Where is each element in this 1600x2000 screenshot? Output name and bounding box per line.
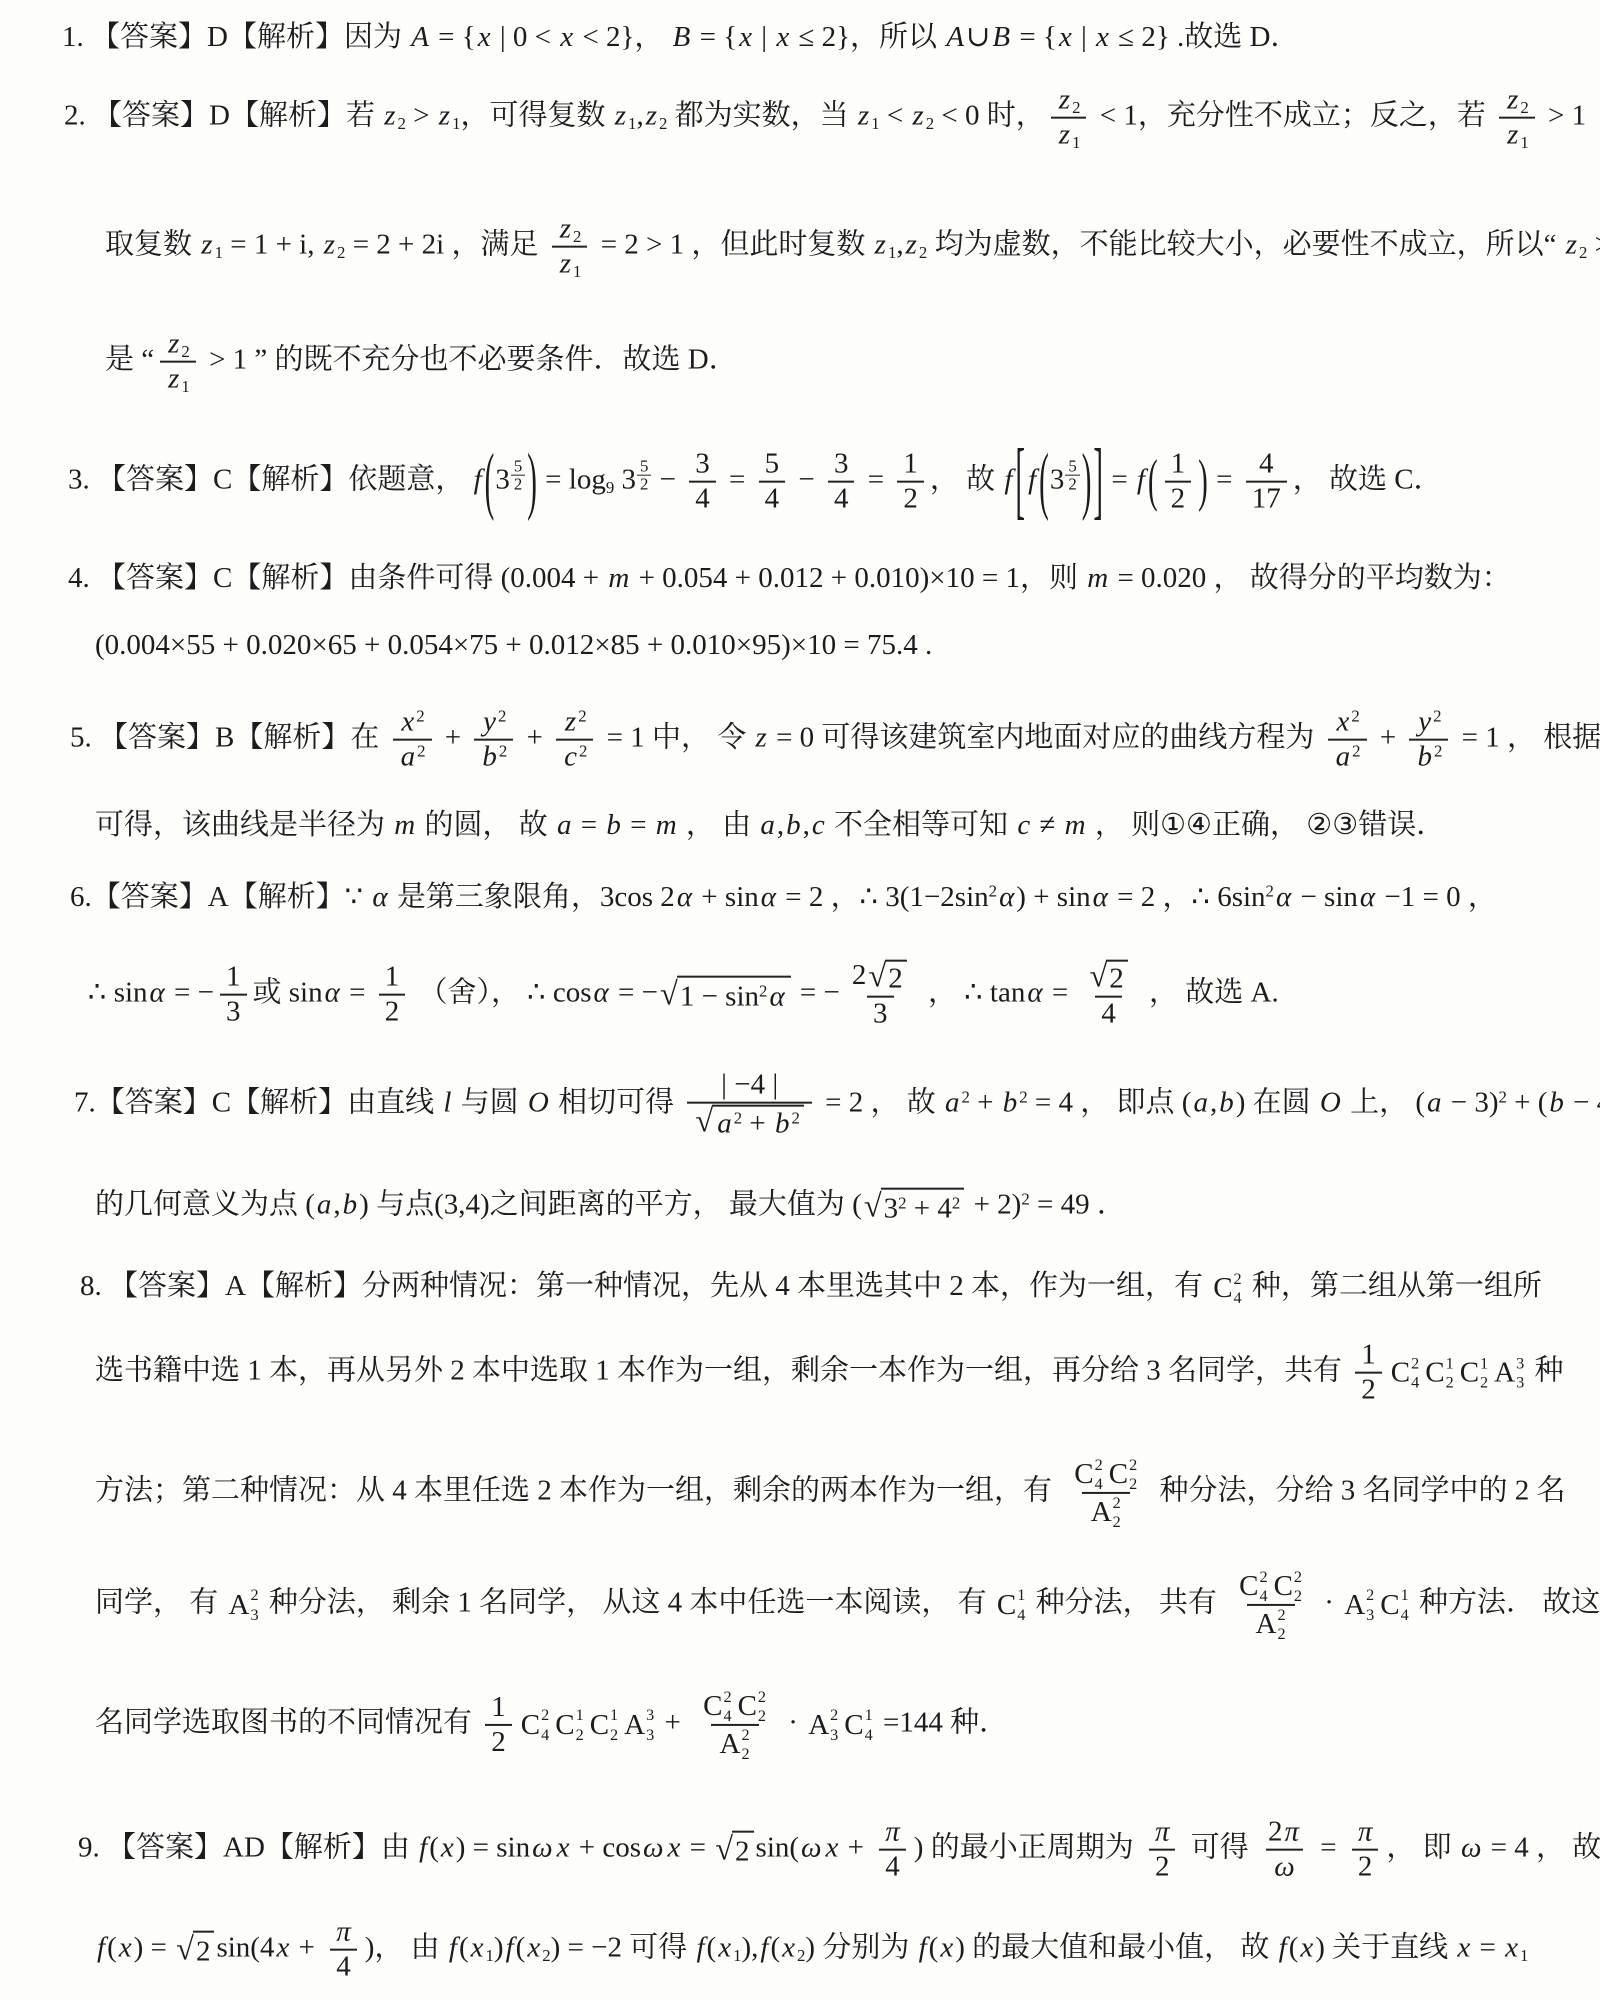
text-run: 4: [885, 1851, 900, 1883]
script-base: C: [738, 1690, 757, 1723]
answer-item-5-line-1: 5. 【答案】B【解析】在 x2a2 + y2b2 + z2c2 = 1 中， …: [70, 706, 1600, 775]
subscript: 2: [398, 114, 406, 133]
answer-item-9-line-1: 9. 【答案】AD【解析】由 f(x) = sinωx + cosωx = √2…: [78, 1816, 1600, 1885]
stacked-script: C14: [844, 1707, 872, 1743]
script-base: A: [1494, 1355, 1515, 1391]
script-base: C: [1460, 1355, 1479, 1391]
text-run: 2: [926, 114, 934, 133]
answer-item-9-line-2: f(x) = √2sin(4x + π4)， 由 f(x1)f(x2) = −2…: [95, 1916, 1528, 1985]
subscript: 1: [1520, 1946, 1528, 1965]
text-run: =: [1209, 464, 1240, 496]
math-variable: z: [322, 229, 337, 261]
denominator: z1: [1051, 117, 1087, 152]
script-base: C: [703, 1690, 722, 1723]
text-run: |: [754, 21, 774, 53]
text-run: ，可得复数: [460, 100, 612, 132]
math-variable: f: [504, 1932, 516, 1964]
text-run: 种分法， 剩余 1 名同学， 从这 4 本中任选一本阅读， 有: [262, 1587, 994, 1619]
text-run: 2: [498, 706, 506, 725]
script-sup: 2: [1366, 1587, 1374, 1603]
script-column: 23: [250, 1587, 258, 1622]
math-variable: a: [399, 741, 418, 773]
math-variable: z: [873, 229, 888, 261]
stacked-script: C24: [1074, 1457, 1102, 1492]
script-base: A: [808, 1707, 829, 1743]
numerator: 1: [1165, 448, 1192, 481]
script-sub: 4: [1411, 1375, 1419, 1391]
script-sub: 2: [1129, 1476, 1137, 1492]
text-run: |: [1074, 21, 1094, 53]
script-sub: 3: [830, 1727, 838, 1743]
math-variable: O: [1318, 1087, 1343, 1119]
text-run: 2: [1268, 1816, 1283, 1848]
text-run: ， ∴ tan: [921, 977, 1026, 1009]
stacked-script: C14: [997, 1587, 1025, 1623]
big-delimiter: (: [484, 435, 496, 529]
script-sup: 2: [830, 1707, 838, 1723]
subscript: 2: [573, 227, 581, 246]
math-variable: O: [526, 1087, 551, 1119]
math-variable: z: [558, 213, 573, 245]
math-variable: z: [904, 229, 919, 261]
numerator: 2√2: [846, 959, 915, 996]
text-run: (: [770, 1932, 780, 1964]
math-variable: f: [758, 1932, 770, 1964]
script-base: A: [229, 1587, 250, 1623]
text-run: 2: [181, 342, 189, 361]
document-page: 1. 【答案】D【解析】因为 A = {x | 0 < x < 2}， B = …: [0, 0, 1600, 2000]
text-run: ， 即: [1386, 1832, 1459, 1864]
stacked-script: C22: [1109, 1457, 1137, 1492]
numerator: π: [1147, 1816, 1178, 1849]
numerator: 1: [220, 961, 247, 994]
math-variable: x: [716, 1932, 733, 1964]
math-variable: f: [694, 1932, 706, 1964]
script-sub: 2: [1480, 1375, 1488, 1391]
answer-item-8-line-2: 选书籍中选 1 本，再从另外 2 本中选取 1 本作为一组，剩余一本作为一组，再…: [95, 1339, 1564, 1408]
text-run: sin(4: [216, 1932, 274, 1964]
radicand: 2: [732, 1830, 754, 1869]
text-run: 2: [514, 475, 522, 494]
script-base: C: [1074, 1458, 1093, 1491]
script-sup: 2: [1095, 1457, 1103, 1473]
script-base: C: [1213, 1270, 1232, 1306]
fraction: 13: [220, 961, 247, 1030]
text-run: sin(: [756, 1832, 800, 1864]
math-variable: x: [938, 1932, 955, 1964]
numerator: 5: [759, 448, 786, 481]
text-run: > 1 ” 的既不充分也不必要条件．故选 D．: [202, 344, 738, 376]
denominator: a2: [1328, 739, 1367, 774]
text-run: =: [1472, 1932, 1503, 1964]
radicand: 32 + 42: [881, 1187, 965, 1226]
fraction: x2a2: [1328, 706, 1367, 775]
script-sup: 2: [1113, 1495, 1121, 1511]
text-run: 1: [1520, 133, 1528, 152]
denominator: b2: [1409, 739, 1448, 774]
text-run: 1: [1520, 1946, 1528, 1965]
denominator: 2: [1149, 1849, 1176, 1884]
superscript: 2: [952, 1193, 960, 1212]
text-run: 种方法． 故这三: [1412, 1587, 1600, 1619]
math-variable: z: [910, 100, 925, 132]
superscript: 2: [898, 1193, 906, 1212]
denominator: √a2 + b2: [687, 1102, 812, 1141]
text-run: 是第三象限角，3cos 2: [390, 881, 675, 913]
text-run: −1 = 0 ，: [1377, 881, 1497, 913]
script-base: C: [521, 1707, 540, 1743]
text-run: （舍）， ∴ cos: [411, 977, 591, 1009]
big-delimiter: (: [1147, 446, 1159, 519]
stacked-script: C24: [1213, 1270, 1241, 1306]
text-run: 2: [962, 1087, 970, 1106]
script-sub: 2: [576, 1727, 584, 1743]
text-run: 的圆， 故: [417, 809, 555, 841]
text-run: =: [1313, 1832, 1344, 1864]
text-run: + 4: [907, 1192, 952, 1224]
math-variable: z: [856, 100, 871, 132]
numerator: C24C22: [1230, 1568, 1311, 1604]
text-run: 1: [573, 262, 581, 281]
script-sub: 4: [1259, 1588, 1267, 1604]
math-variable: ω: [641, 1832, 665, 1864]
text-run: ， 故选 A.: [1142, 977, 1279, 1009]
text-run: 2: [1434, 742, 1442, 761]
script-base: C: [1239, 1570, 1258, 1603]
numerator: π: [328, 1916, 359, 1949]
text-run: 是 “: [105, 344, 154, 376]
text-run: 1: [903, 448, 918, 480]
text-run: 4. 【答案】C【解析】由条件可得 (0.004 +: [68, 562, 606, 594]
fraction: y2b2: [1409, 706, 1448, 775]
text-run: 2: [491, 1726, 506, 1758]
text-run: 与圆: [453, 1087, 526, 1119]
answer-item-6-line-1: 6.【答案】A【解析】∵ α 是第三象限角，3cos 2α + sinα = 2…: [70, 879, 1497, 915]
big-delimiter: [: [1014, 428, 1026, 537]
text-run: = 4 ， 即点 (: [1028, 1087, 1192, 1119]
denominator: A22: [1247, 1604, 1295, 1642]
text-run: 都为实数，当: [667, 100, 856, 132]
math-variable: α: [767, 980, 786, 1012]
text-run: ·: [781, 1707, 805, 1739]
numerator: 1: [897, 448, 924, 481]
text-run: (: [459, 1932, 469, 1964]
math-variable: α: [323, 977, 342, 1009]
stacked-script: C24: [703, 1689, 731, 1724]
answer-item-8-line-1: 8. 【答案】A【解析】分两种情况：第一种情况，先从 4 本里选其中 2 本，作…: [80, 1268, 1542, 1306]
math-variable: x: [525, 1932, 542, 1964]
text-run: = 0 可得该建筑室内地面对应的曲线方程为: [769, 722, 1322, 754]
math-variable: m: [606, 562, 631, 594]
subscript: 2: [1520, 98, 1528, 117]
script-sub: 2: [758, 1708, 766, 1724]
math-variable: f: [1002, 464, 1014, 496]
denominator: 3: [220, 994, 247, 1029]
text-run: =144 种．: [876, 1707, 1008, 1739]
fraction: C24C22A22: [1065, 1456, 1146, 1530]
math-variable: z: [166, 363, 181, 395]
text-run: 2: [1433, 706, 1441, 725]
text-run: ,: [803, 809, 810, 841]
text-run: 1. 【答案】D【解析】因为: [62, 21, 409, 53]
script-column: 12: [576, 1707, 584, 1742]
math-variable: x: [558, 21, 575, 53]
script-base: C: [555, 1707, 574, 1743]
text-run: ·: [1317, 1587, 1341, 1619]
math-variable: A: [409, 21, 431, 53]
text-run: 4: [1101, 998, 1116, 1030]
text-run: = 49 ．: [1030, 1189, 1126, 1221]
radical-sign: √: [868, 959, 886, 996]
text-run: 1: [1361, 1339, 1376, 1371]
text-run: (: [107, 1932, 117, 1964]
text-run: 3: [873, 998, 888, 1030]
numerator: C24C22: [694, 1688, 775, 1724]
fraction: 12: [485, 1691, 512, 1760]
math-variable: z: [558, 248, 573, 280]
text-run: − sin: [1293, 881, 1358, 913]
text-run: = 2 > 1 ，但此时复数: [593, 229, 872, 261]
superscript: 2: [498, 706, 506, 725]
text-run: 2: [952, 1193, 960, 1212]
denominator: ω: [1266, 1849, 1302, 1884]
script-base: C: [997, 1587, 1016, 1623]
script-column: 23: [1366, 1587, 1374, 1622]
stacked-script: C12: [555, 1707, 583, 1743]
math-variable: a: [758, 809, 777, 841]
text-run: 2: [640, 475, 648, 494]
fraction: 52: [637, 457, 651, 493]
text-run: < 1，充分性不成立；反之，若: [1092, 100, 1493, 132]
math-variable: b: [1415, 741, 1434, 773]
math-variable: b: [480, 741, 499, 773]
script-sup: 1: [1401, 1587, 1409, 1603]
superscript: 2: [791, 1108, 799, 1127]
script-column: 24: [1259, 1569, 1267, 1604]
math-variable: x: [780, 1932, 797, 1964]
text-run: 不全相等可知: [827, 809, 1016, 841]
fraction: z2z1: [552, 213, 588, 282]
text-run: 2: [1520, 98, 1528, 117]
text-run: −: [652, 464, 683, 496]
script-sub: 4: [541, 1727, 549, 1743]
superscript: 2: [734, 1108, 742, 1127]
answer-item-4-line-2: (0.004×55 + 0.020×65 + 0.054×75 + 0.012×…: [95, 627, 932, 663]
stacked-script: A23: [808, 1707, 838, 1743]
text-run: − 3): [1443, 1087, 1498, 1119]
denominator: c2: [556, 739, 593, 774]
denominator: 2: [511, 475, 525, 494]
text-run: 2: [734, 1108, 742, 1127]
math-variable: x: [1298, 1932, 1315, 1964]
math-variable: x: [774, 21, 791, 53]
math-variable: x: [117, 1932, 134, 1964]
script-column: 22: [758, 1689, 766, 1724]
text-run: 9: [606, 478, 614, 497]
math-variable: a: [1191, 1087, 1210, 1119]
script-sub: 3: [1366, 1607, 1374, 1623]
denominator: A22: [1082, 1492, 1130, 1530]
math-variable: a: [715, 1108, 734, 1140]
square-root: √2: [715, 1830, 753, 1871]
numerator: x2: [1328, 706, 1365, 739]
stacked-script: C22: [1274, 1569, 1302, 1604]
math-variable: α: [148, 977, 167, 1009]
fraction: | −4 |√a2 + b2: [687, 1069, 812, 1142]
denominator: 4: [330, 1949, 357, 1984]
numerator: 5: [637, 457, 651, 475]
numerator: 5: [511, 457, 525, 475]
subscript: 1: [573, 262, 581, 281]
text-run: 3: [1050, 464, 1065, 496]
numerator: z2: [160, 328, 196, 361]
text-run: + cos: [571, 1832, 641, 1864]
math-variable: z: [199, 229, 214, 261]
text-run: 2: [1358, 1851, 1373, 1883]
fraction: y2b2: [474, 706, 513, 775]
text-run: + 0.054 + 0.012 + 0.010)×10 = 1，则: [631, 562, 1085, 594]
fraction: 2√23: [846, 959, 915, 1032]
square-root: √2: [176, 1930, 214, 1971]
text-run: = 4 ， 故: [1483, 1832, 1600, 1864]
text-run: = 1 ， 根据条件: [1454, 722, 1600, 754]
denominator: 2: [485, 1724, 512, 1759]
big-delimiter: ): [526, 435, 538, 529]
math-variable: a: [1334, 741, 1353, 773]
subscript: 2: [542, 1946, 550, 1965]
text-run: ) + sin: [1016, 881, 1090, 913]
subscript: 1: [181, 377, 189, 396]
math-variable: m: [392, 809, 417, 841]
denominator: 2: [897, 481, 924, 516]
text-run: ≤ 2} .故选 D．: [1111, 21, 1300, 53]
text-run: 1: [385, 961, 400, 993]
script-sub: 4: [1401, 1607, 1409, 1623]
script-sup: 1: [610, 1707, 618, 1723]
stacked-script: C24: [521, 1707, 549, 1743]
stacked-script: C14: [1380, 1587, 1408, 1623]
numerator: 4: [1253, 448, 1280, 481]
math-variable: α: [370, 881, 389, 913]
fraction: 12: [379, 961, 406, 1030]
script-column: 12: [1480, 1355, 1488, 1390]
numerator: z2: [557, 706, 593, 739]
math-variable: f: [1277, 1932, 1289, 1964]
math-variable: y: [1416, 706, 1433, 738]
math-variable: f: [447, 1932, 459, 1964]
answer-item-7-line-2: 的几何意义为点 (a,b) 与点(3,4)之间距离的平方， 最大值为 (√32 …: [95, 1187, 1126, 1228]
script-sub: 2: [1294, 1588, 1302, 1604]
text-run: =: [682, 1832, 713, 1864]
text-run: <: [880, 100, 911, 132]
numerator: 2π: [1262, 1816, 1307, 1849]
text-run: +: [438, 722, 469, 754]
math-variable: b: [1001, 1087, 1020, 1119]
text-run: = log: [538, 464, 606, 496]
denominator: b2: [474, 739, 513, 774]
text-run: 2: [898, 1193, 906, 1212]
text-run: + sin: [694, 881, 759, 913]
fraction: π4: [877, 1816, 908, 1885]
square-root: √32 + 42: [864, 1187, 965, 1228]
text-run: = 1 + i,: [223, 229, 322, 261]
script-base: A: [720, 1728, 741, 1761]
denominator: 4: [1095, 996, 1122, 1031]
math-variable: f: [472, 464, 484, 496]
text-run: 选书籍中选 1 本，再从另外 2 本中选取 1 本作为一组，剩余一本作为一组，再…: [95, 1355, 1349, 1387]
fraction: 12: [897, 448, 924, 517]
script-sup: 3: [646, 1707, 654, 1723]
script-base: C: [1425, 1355, 1444, 1391]
big-delimiter: ): [1081, 435, 1093, 529]
text-run: 1: [486, 1946, 494, 1965]
text-run: 2: [196, 1935, 211, 1967]
text-run: >: [406, 100, 437, 132]
superscript: 2: [1351, 706, 1359, 725]
text-run: 1: [215, 243, 223, 262]
text-run: )， 由: [365, 1932, 447, 1964]
text-run: 3: [226, 996, 241, 1028]
denominator: a2: [393, 739, 432, 774]
numerator: 5: [1065, 457, 1079, 475]
fraction: 12: [1165, 448, 1192, 517]
script-column: 24: [1411, 1355, 1419, 1390]
text-run: 2: [1171, 483, 1186, 515]
text-run: ， 由: [679, 809, 759, 841]
script-base: A: [624, 1707, 645, 1743]
text-run: 名同学选取图书的不同情况有: [95, 1707, 479, 1739]
denominator: 4: [879, 1849, 906, 1884]
text-run: (: [429, 1832, 439, 1864]
text-run: > 1: [1541, 100, 1586, 132]
text-run: 种分法，分给 3 名同学中的 2 名: [1152, 1475, 1565, 1507]
subscript: 2: [926, 114, 934, 133]
stacked-script: C12: [1425, 1355, 1453, 1391]
math-variable: f: [1135, 464, 1147, 496]
answer-item-2-line-3: 是 “z2z1 > 1 ” 的既不充分也不必要条件．故选 D．: [105, 328, 738, 397]
text-run: +: [291, 1932, 322, 1964]
math-variable: ω: [1272, 1851, 1296, 1883]
text-run: 2: [1019, 1087, 1027, 1106]
text-run: 7.【答案】C【解析】由直线: [74, 1087, 441, 1119]
script-sub: 4: [723, 1708, 731, 1724]
stacked-script: A23: [1344, 1587, 1374, 1623]
math-variable: z: [437, 100, 452, 132]
answer-item-2-line-2: 取复数 z1 = 1 + i, z2 = 2 + 2i ，满足 z2z1 = 2…: [105, 213, 1600, 282]
math-variable: f: [95, 1932, 107, 1964]
text-run: < 0 时，: [934, 100, 1045, 132]
text-run: ∴ sin: [88, 977, 148, 1009]
big-delimiter: ]: [1092, 428, 1104, 537]
math-variable: π: [334, 1916, 353, 1948]
script-column: 12: [610, 1707, 618, 1742]
math-variable: z: [1505, 119, 1520, 151]
stacked-script: A23: [229, 1587, 259, 1623]
script-column: 24: [723, 1689, 731, 1724]
numerator: x2: [393, 706, 430, 739]
superscript: 52: [510, 464, 526, 483]
fraction: z2c2: [556, 706, 593, 775]
text-run: 2: [989, 882, 997, 901]
math-variable: z: [166, 328, 181, 360]
text-run: + 2): [966, 1189, 1021, 1221]
text-run: +: [742, 1108, 773, 1140]
text-run: ) 的最大值和最小值， 故: [955, 1932, 1276, 1964]
script-sup: 2: [758, 1689, 766, 1705]
text-run: 取复数: [105, 229, 199, 261]
math-variable: x: [1057, 21, 1074, 53]
text-run: 3: [695, 448, 710, 480]
